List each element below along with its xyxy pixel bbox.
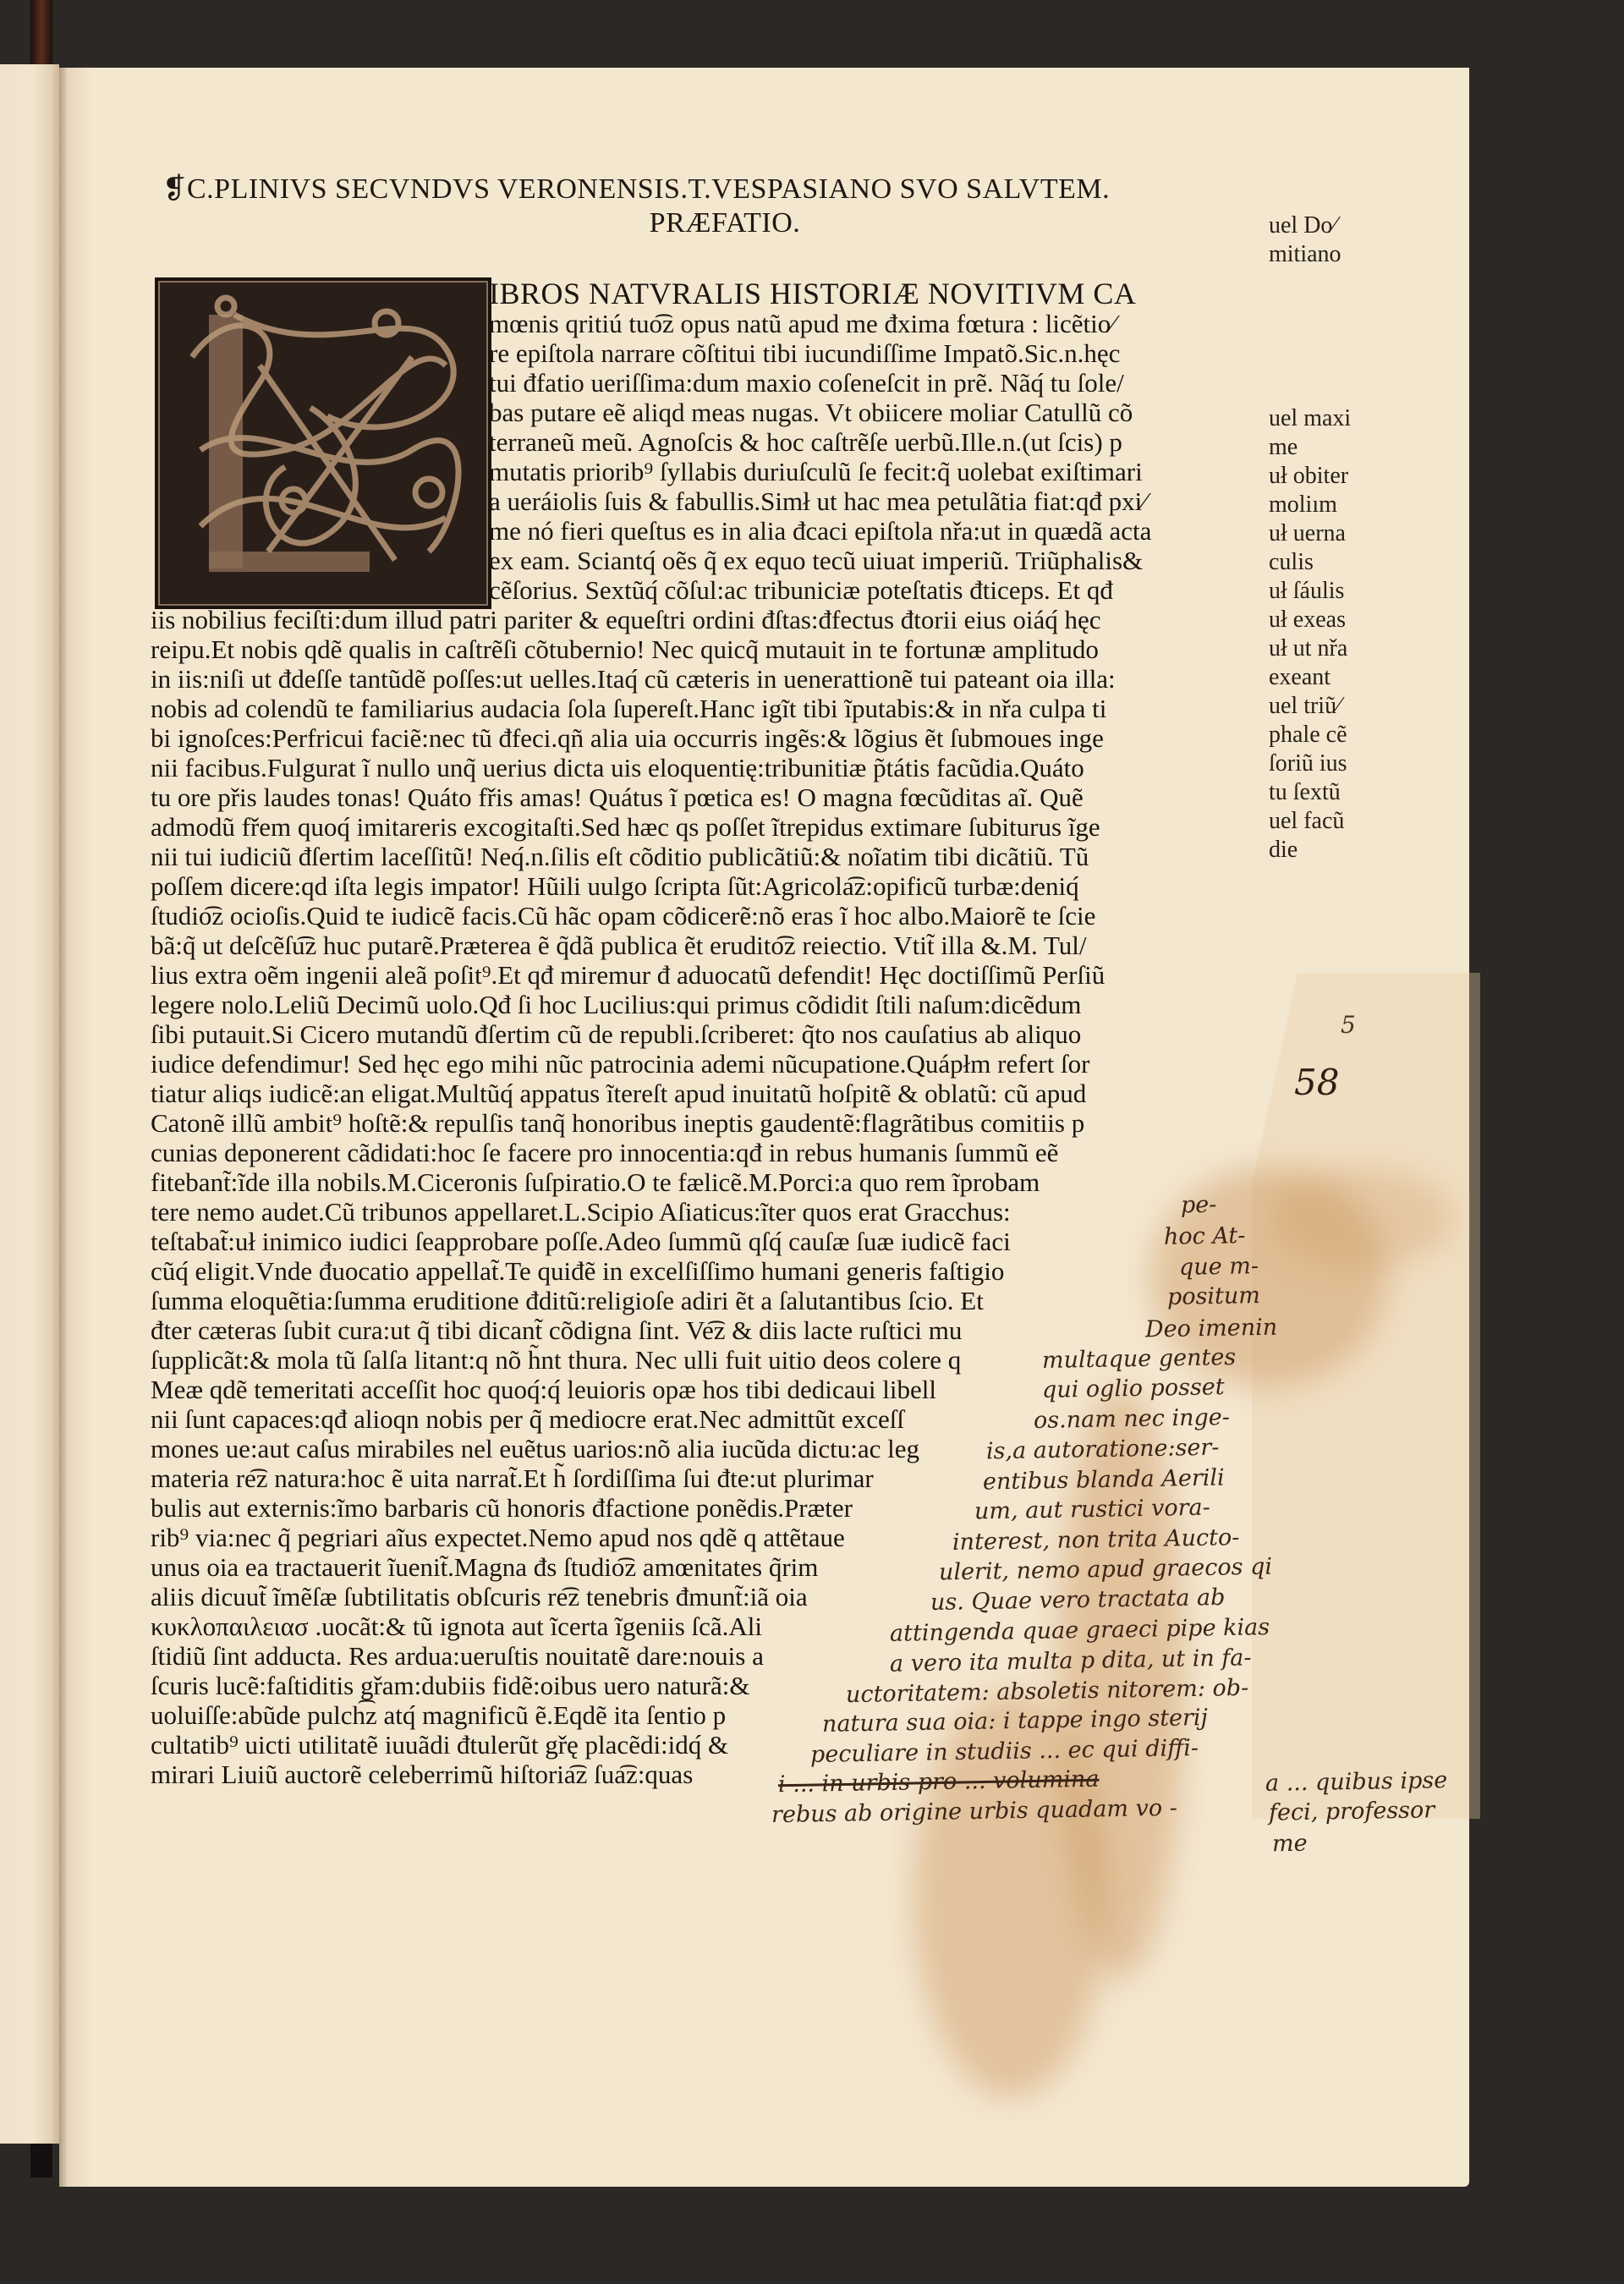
text-line: teſtabat̃:uł inimico iudici ſeapprobare …: [151, 1227, 1242, 1256]
handwritten-note: interest, non trita Aucto-: [952, 1524, 1240, 1556]
text-line: cunias deponerent cãdidati:hoc ſe facer…: [151, 1138, 1242, 1167]
text-line: fitebant̃:ĩde illa nobils.M.Ciceronis ſ…: [151, 1167, 1242, 1197]
handwritten-note: qui oglio posset: [1042, 1374, 1225, 1403]
margin-note: uł obiter: [1269, 462, 1396, 491]
text-line: a ueráiolis ſuis & fabullis.Simł ut hac…: [151, 486, 1242, 516]
text-line: ſibi putauit.Si Cicero mutandũ đſertim …: [151, 1019, 1242, 1049]
text-line: tui đfatio ueriſſima:dum maxio coſeneſci…: [151, 368, 1242, 398]
text-line: admodũ fřem quoq́ imitareris excogitaſt…: [151, 812, 1242, 842]
page-fold-shadow: [59, 68, 68, 2187]
text-line: mœnis qritiú tuo͡z opus natũ apud me đ…: [151, 309, 1242, 338]
text-line: nobis ad colendũ te familiarius audacia…: [151, 694, 1242, 723]
handwritten-note: Deo imenin: [1145, 1315, 1278, 1343]
text-line: bã:q̃ ut deſcẽſu͡z huc putarẽ.Prætere…: [151, 931, 1242, 960]
text-line: iudice defendimur! Sed hęc ego mihi nũc…: [151, 1049, 1242, 1079]
margin-note: me: [1269, 433, 1396, 462]
folded-corner-overlay: [1252, 973, 1480, 1819]
text-line: re epiſtola narrare cõſtitui tibi iucun…: [151, 338, 1242, 368]
margin-note: uł exeas: [1269, 606, 1396, 634]
text-line: bi ignoſces:Perfricui faciẽ:nec tũ đfe…: [151, 723, 1242, 753]
margin-note: mitiano: [1269, 240, 1396, 269]
margin-note: uel Do⁄: [1269, 211, 1396, 240]
text-line: IBROS NATVRALIS HISTORIÆ NOVITIVM CA: [151, 279, 1242, 309]
text-line: lius extra oẽm ingenii aleã poſit⁹.Et …: [151, 960, 1242, 990]
handwritten-note: multaque gentes: [1042, 1344, 1237, 1374]
margin-note: uel triũ⁄: [1269, 692, 1396, 721]
margin-note: exeant: [1269, 663, 1396, 692]
text-line: me nó fieri queſtus es in alia đcaci ep…: [151, 516, 1242, 546]
binding-gutter-bottom: [30, 2144, 52, 2177]
text-line: cũq́ eligit.Vnde đuocatio appellat̃.Te …: [151, 1256, 1242, 1286]
text-line: mutatis priorib⁹ ſyllabis duriuſculũ ſe…: [151, 457, 1242, 486]
water-stain: [1269, 1167, 1455, 1269]
handwritten-note: que m-: [1179, 1253, 1259, 1281]
text-line: bas putare eẽ aliqd meas nugas. Vt obii…: [151, 398, 1242, 427]
text-line: legere nolo.Leliũ Decimũ uolo.Qđ ſi ho…: [151, 990, 1242, 1019]
margin-note: ſoriũ ius: [1269, 749, 1396, 778]
handwritten-note: os.nam nec inge-: [1034, 1404, 1230, 1434]
text-line: tu ore přis laudes tonas! Quáto fřis ama…: [151, 782, 1242, 812]
binding-gutter-top: [30, 0, 52, 64]
text-line: iis nobilius feciſti:dum illud patri par…: [151, 605, 1242, 634]
text-line: terraneũ meũ. Agnoſcis & hoc caſtrẽſe…: [151, 427, 1242, 457]
text-line: reipu.Et nobis qdẽ qualis in caſtrẽſi …: [151, 634, 1242, 664]
margin-note: uel facũ: [1269, 807, 1396, 836]
handwritten-note: us. Quae vero tractata ab: [930, 1584, 1226, 1616]
margin-note: uel maxi: [1269, 404, 1396, 433]
text-line: poſſem dicere:qd iſta legis impator! Hũ…: [151, 871, 1242, 901]
margin-note: uł ſáulis: [1269, 577, 1396, 606]
text-line: ſtudio͡z ocioſis.Quid te iudicẽ facis.C…: [151, 901, 1242, 931]
handwritten-note: entibus blanda Aerili: [983, 1465, 1225, 1496]
margin-note: uł ut nřa: [1269, 634, 1396, 663]
margin-note: uł uerna: [1269, 519, 1396, 548]
handwritten-note: positum: [1167, 1282, 1260, 1310]
handwritten-note: is,a autoratione:ser-: [986, 1435, 1220, 1465]
text-line: Catonẽ illũ ambit⁹ hoſtẽ:& repulſis t…: [151, 1108, 1242, 1138]
text-line: đter cæteras ſubit cura:ut q̃ tibi dican…: [151, 1315, 1242, 1345]
text-line: tiatur aliqs iudicẽ:an eligat.Multũq́ …: [151, 1079, 1242, 1108]
text-line: tere nemo audet.Cũ tribunos appellaret.…: [151, 1197, 1242, 1227]
text-line: cẽſorius. Sextũq́ cõſul:ac tribuniciæ…: [151, 575, 1242, 605]
handwritten-note: hoc At-: [1164, 1222, 1246, 1250]
margin-note: die: [1269, 836, 1396, 865]
text-line: ſumma eloquẽtia:ſumma eruditione đditũ…: [151, 1286, 1242, 1315]
handwritten-note: um, aut rustici vora-: [974, 1495, 1210, 1525]
margin-note: moliım: [1269, 491, 1396, 519]
handwritten-note: a ... quibus ipse: [1265, 1767, 1448, 1797]
margin-note: tu ſextũ: [1269, 778, 1396, 807]
text-line: ex eam. Sciantq́ oẽs q̃ ex equo tecũ u…: [151, 546, 1242, 575]
margin-note: culis: [1269, 548, 1396, 577]
text-line: in iis:niſi ut đdeſſe tantũdẽ poſſes:u…: [151, 664, 1242, 694]
folio-number: 58: [1294, 1062, 1339, 1103]
page-title: ❡C.PLINIVS SECVNDVS VERONENSIS.T.VESPASI…: [162, 173, 1262, 240]
handwritten-note: me: [1272, 1831, 1308, 1858]
handwritten-note: pe-: [1181, 1192, 1217, 1219]
title-subtitle: PRÆFATIO.: [162, 206, 1262, 240]
handwritten-note: i ... in urbis pro ... volumina: [778, 1766, 1100, 1798]
text-line: nii tui iudiciũ đſertim laceſſitũ! Neq…: [151, 842, 1242, 871]
title-line: ❡C.PLINIVS SECVNDVS VERONENSIS.T.VESPASI…: [162, 173, 1262, 206]
text-line: nii facibus.Fulgurat ĩ nullo unq̃ ueriu…: [151, 753, 1242, 782]
printed-margin-notes: uel Do⁄ mitiano uel maxi me uł obiter mo…: [1269, 211, 1396, 865]
handwritten-note: feci, professor: [1269, 1797, 1435, 1826]
margin-note: phale cẽ: [1269, 721, 1396, 749]
previous-page-edge: [0, 64, 59, 2144]
folio-mark: 5: [1341, 1011, 1356, 1039]
